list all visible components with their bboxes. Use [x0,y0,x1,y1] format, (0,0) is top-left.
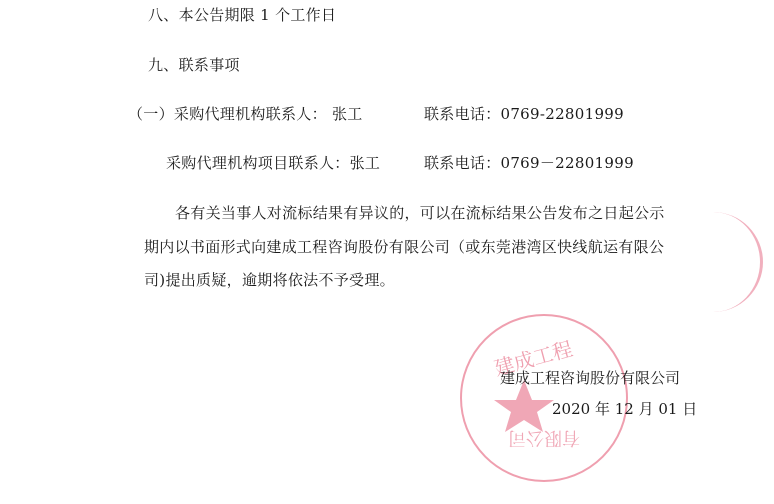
svg-text:有限公司: 有限公司 [508,427,580,448]
contact-1-phone: 联系电话：0769-22801999 [424,104,624,124]
section-8-heading: 八、本公告期限 1 个工作日 [148,5,336,25]
contact-1-label: （一）采购代理机构联系人： 张工 [128,104,363,124]
signature-date: 2020 年 12 月 01 日 [552,398,697,419]
edge-stamp-arc [700,212,763,312]
contact-2-phone: 联系电话：0769－22801999 [424,153,634,173]
paragraph-line: 期内以书面形式向建成工程咨询股份有限公司（或东莞港湾区快线航运有限公 [144,237,664,257]
paragraph-line: 各有关当事人对流标结果有异议的，可以在流标结果公告发布之日起公示 [175,203,665,223]
signature-company: 建成工程咨询股份有限公司 [500,367,680,388]
section-9-heading: 九、联系事项 [148,55,240,75]
paragraph-line: 司)提出质疑，逾期将依法不予受理。 [144,270,395,290]
contact-2-label: 采购代理机构项目联系人：张工 [166,153,380,173]
